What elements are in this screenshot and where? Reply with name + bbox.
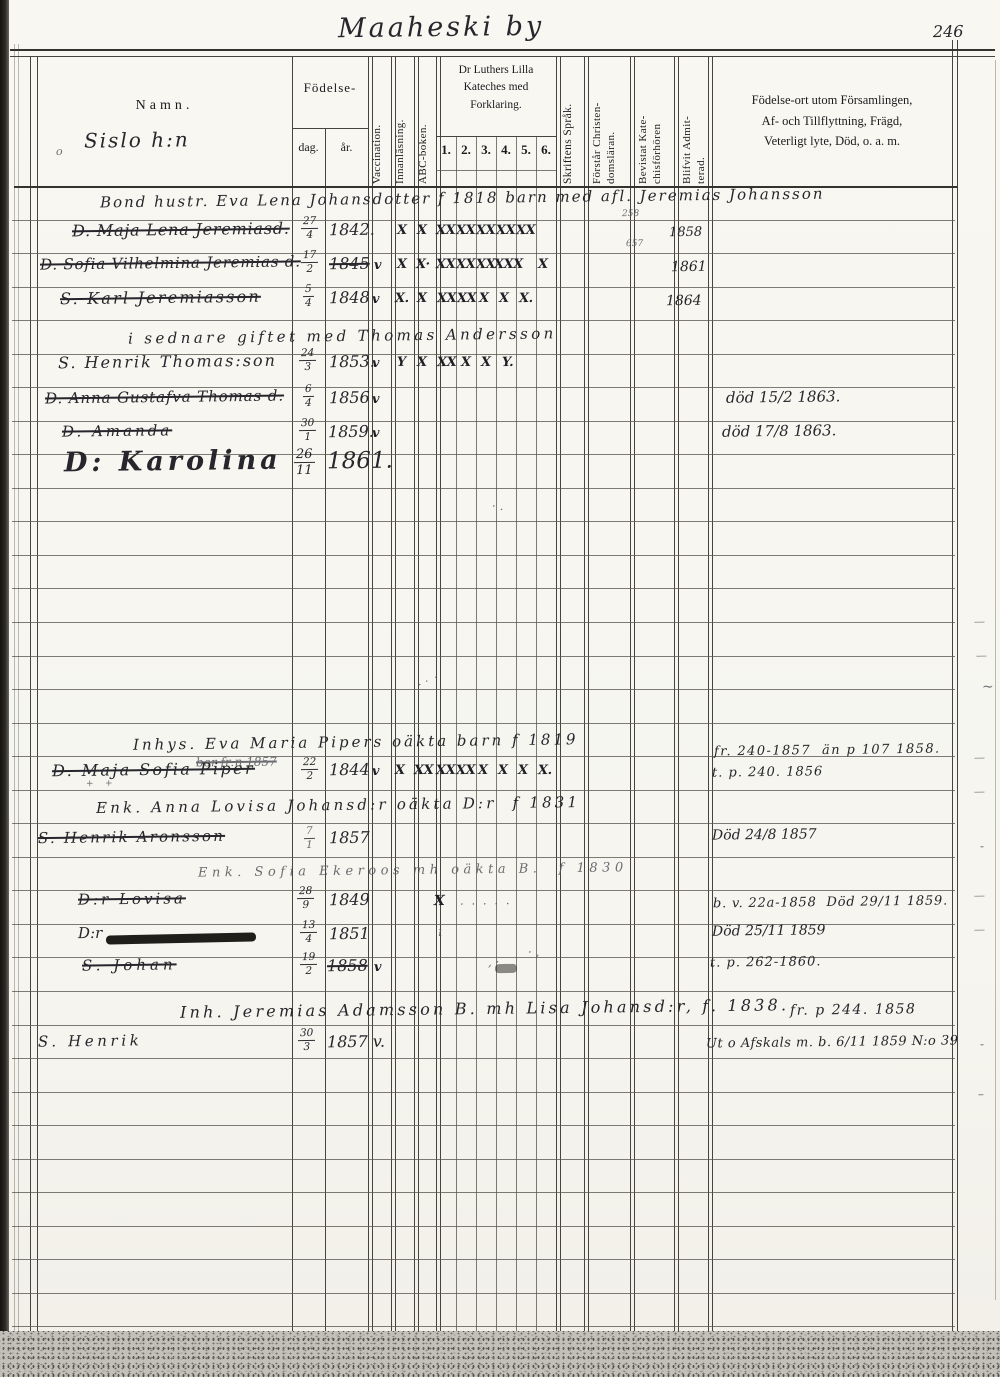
rule-vertical — [368, 56, 369, 1332]
col-header-ar: år. — [325, 140, 368, 155]
handwritten-entry: X — [499, 292, 509, 305]
rule-vertical — [414, 56, 415, 1332]
handwritten-entry: – — [978, 1088, 984, 1100]
handwritten-entry: D. Sofia Vilhelmina Jeremias d. — [40, 254, 301, 272]
handwritten-entry: Enk. Anna Lovisa Johansd:r oäkta D:r f 1… — [96, 795, 580, 816]
handwritten-entry: v — [372, 393, 379, 406]
handwritten-entry: X — [397, 258, 407, 271]
handwritten-entry: . · ˙ — [418, 676, 438, 687]
date-day: 13 — [300, 920, 318, 933]
handwritten-entry: S. Henrik — [38, 1033, 143, 1049]
handwritten-entry: X — [538, 258, 548, 271]
rule-horizontal — [12, 1293, 955, 1294]
handwritten-entry: D. Anna Gustafva Thomas d. — [45, 389, 284, 407]
rule-horizontal — [12, 656, 955, 657]
church-record-page: Namn. Födelse- dag. år. Vaccination. Inn… — [0, 0, 1000, 1377]
handwritten-entry: XX — [516, 224, 535, 237]
handwritten-entry: t. p. 240. 1856 — [712, 765, 823, 779]
date-month: 1 — [304, 430, 311, 442]
handwritten-entry: XX — [456, 224, 475, 237]
rule-horizontal — [10, 49, 995, 51]
handwritten-entry: XX — [437, 292, 456, 305]
handwritten-entry: 1842. — [329, 222, 375, 239]
date-day: 26 — [294, 448, 315, 463]
rule-vertical — [18, 44, 19, 1332]
handwritten-entry: 1857 v. — [327, 1034, 385, 1051]
rule-vertical — [14, 44, 15, 1332]
rule-vertical — [588, 56, 589, 1332]
rule-horizontal — [12, 555, 955, 556]
handwritten-entry: v — [374, 259, 381, 272]
handwritten-entry: Ut o Afskals m. b. 6/11 1859 N:o 39 — [706, 1034, 959, 1050]
handwritten-entry: X — [434, 894, 445, 908]
handwritten-entry: död 17/8 1863. — [722, 423, 837, 439]
handwritten-entry: 1858 — [669, 226, 702, 239]
date-day: 19 — [300, 952, 318, 965]
handwritten-date-fraction: 134 — [300, 920, 318, 944]
rule-vertical — [372, 56, 373, 1332]
katekes-subcol-3: 3. — [478, 142, 494, 158]
rule-vertical — [957, 40, 958, 1332]
rule-horizontal — [12, 857, 955, 858]
handwritten-entry: 1848 — [329, 290, 370, 306]
rule-vertical — [436, 56, 437, 1332]
handwritten-entry: 1859. — [328, 424, 374, 441]
handwritten-entry: 1845 — [329, 256, 370, 272]
date-month: 2 — [306, 769, 313, 781]
handwritten-entry: XX — [457, 292, 476, 305]
handwritten-entry: X — [461, 356, 471, 369]
date-day: 7 — [304, 826, 315, 839]
handwritten-entry: ı — [438, 926, 442, 939]
handwritten-entry: 1858 — [327, 958, 368, 974]
date-month: 4 — [305, 932, 312, 944]
rule-horizontal — [12, 622, 955, 623]
rule-horizontal — [12, 1159, 955, 1160]
handwritten-entry: fr. 240-1857 än p 107 1858. — [714, 743, 941, 759]
handwritten-entry: XX — [436, 764, 455, 777]
handwritten-entry: XX — [437, 356, 456, 369]
rule-horizontal — [12, 689, 955, 690]
rule-horizontal — [12, 488, 955, 489]
handwritten-entry: XX — [456, 258, 475, 271]
rule-horizontal — [12, 823, 955, 824]
rule-vertical — [292, 56, 293, 1332]
date-day: 6 — [303, 384, 314, 397]
rule-horizontal — [436, 136, 556, 137]
handwritten-entry: v — [372, 357, 379, 370]
handwritten-entry: v — [372, 765, 379, 778]
date-month: 11 — [296, 463, 313, 477]
handwritten-entry: X — [417, 356, 427, 369]
handwritten-entry: D. Maja Lena Jeremiasd. — [72, 221, 290, 240]
handwritten-date-fraction: 192 — [300, 952, 318, 976]
date-day: 30 — [298, 1028, 316, 1041]
handwritten-entry: 1844 — [329, 762, 370, 778]
handwritten-entry: X. — [519, 292, 533, 305]
handwritten-entry: S. Henrik Aronsson — [38, 829, 225, 846]
handwritten-entry: t. p. 262-1860. — [710, 955, 822, 969]
handwritten-entry: 657 — [626, 240, 643, 249]
rule-vertical — [395, 56, 396, 1332]
handwritten-entry: 1851 — [329, 926, 370, 942]
rule-horizontal — [12, 1259, 955, 1260]
rule-horizontal — [12, 588, 955, 589]
rule-horizontal — [12, 1025, 955, 1026]
col-header-katekes: Dr Luthers Lilla Kateches med Forklaring… — [438, 62, 554, 114]
handwritten-entry: 1849 — [329, 892, 370, 908]
handwritten-entry: Y — [397, 356, 406, 369]
handwritten-entry: 1861 — [671, 260, 707, 274]
handwritten-entry: 1856 — [329, 390, 370, 406]
handwritten-entry: Maaheski by — [338, 13, 545, 43]
rule-horizontal — [12, 320, 955, 321]
handwritten-entry: — — [976, 650, 987, 661]
handwritten-entry: fr. p 244. 1858 — [790, 1002, 917, 1018]
handwritten-entry: D: Karolina — [64, 447, 282, 477]
rule-vertical — [440, 56, 441, 1332]
handwritten-entry: XX — [414, 764, 433, 777]
rule-horizontal — [12, 1125, 955, 1126]
handwritten-entry: S. Karl Jeremiasson — [60, 289, 261, 307]
handwritten-date-fraction: 303 — [298, 1028, 316, 1052]
handwritten-entry: död 15/2 1863. — [726, 389, 841, 405]
rule-vertical — [708, 56, 709, 1332]
handwritten-entry: XX — [496, 224, 515, 237]
handwritten-entry: 1861. — [327, 450, 393, 474]
ink-blot — [495, 964, 517, 973]
katekes-subcol-4: 4. — [498, 142, 514, 158]
handwritten-date-fraction: 54 — [303, 284, 314, 308]
handwritten-entry: 1864 — [666, 294, 702, 308]
handwritten-entry: · · · · · — [460, 898, 510, 911]
col-header-blifvit-line2: terad. — [695, 62, 707, 184]
rule-horizontal — [436, 170, 556, 171]
date-month: 2 — [305, 964, 312, 976]
handwritten-entry: S. Henrik Thomas:son — [58, 353, 277, 372]
rule-horizontal — [12, 1326, 955, 1327]
date-month: 4 — [306, 228, 313, 240]
rule-horizontal — [12, 1226, 955, 1227]
col-header-blifvit-line1: Blifvit Admit- — [681, 62, 693, 184]
handwritten-entry: X — [417, 224, 427, 237]
rule-horizontal — [12, 790, 955, 791]
rule-vertical — [418, 56, 419, 1332]
handwritten-entry: b. v. 22a-1858 Död 29/11 1859. — [713, 895, 948, 911]
date-month: 3 — [304, 360, 311, 372]
handwritten-date-fraction: 71 — [304, 826, 315, 850]
rule-vertical — [952, 40, 953, 1332]
handwritten-entry: X· — [416, 258, 430, 271]
handwritten-entry: Enk. Sofia Ekeroos mh oäkta B. f 1830 — [198, 861, 628, 879]
handwritten-date-fraction: 243 — [299, 348, 317, 372]
handwritten-entry: X — [481, 356, 491, 369]
rule-horizontal — [12, 1192, 955, 1193]
handwritten-entry: - — [980, 1038, 984, 1050]
rule-vertical — [678, 56, 679, 1332]
date-day: 28 — [297, 886, 315, 899]
handwritten-date-fraction: 274 — [301, 216, 319, 240]
katekes-subcol-6: 6. — [538, 142, 554, 158]
page-binding-edge — [0, 0, 9, 1377]
handwritten-entry: D. Maja Sofia Piper — [52, 761, 255, 779]
handwritten-entry: X — [479, 292, 489, 305]
katekes-subcol-5: 5. — [518, 142, 534, 158]
handwritten-entry: ~ — [982, 680, 994, 694]
date-month: 1 — [306, 838, 313, 850]
date-day: 17 — [301, 250, 319, 263]
scan-noise-band — [0, 1331, 1000, 1377]
handwritten-entry: Död 24/8 1857 — [712, 827, 817, 842]
col-header-namn: Namn. — [37, 98, 292, 114]
handwritten-entry: X. — [395, 292, 409, 305]
rule-vertical — [391, 56, 392, 1332]
handwritten-entry: 1857 — [329, 830, 370, 846]
handwritten-entry: Bond hustr. Eva Lena Johansdotter f 1818… — [100, 187, 825, 211]
col-header-forstar-line2: domsläran. — [605, 62, 617, 184]
handwritten-date-fraction: 301 — [299, 418, 317, 442]
handwritten-entry: XX — [476, 258, 495, 271]
handwritten-date-fraction: 289 — [297, 886, 315, 910]
date-day: 27 — [301, 216, 319, 229]
date-day: 22 — [301, 757, 319, 770]
handwritten-entry: + + — [86, 780, 113, 789]
col-header-notes-line2: Af- och Tillflyttning, Frägd, — [712, 111, 952, 132]
col-header-dag: dag. — [292, 140, 325, 155]
handwritten-entry: v — [372, 427, 379, 440]
handwritten-date-fraction: 172 — [301, 250, 319, 274]
handwritten-entry: · , — [528, 946, 540, 958]
handwritten-entry: — — [974, 786, 985, 797]
rule-vertical — [712, 56, 713, 1332]
handwritten-entry: S. Johan — [82, 957, 177, 973]
handwritten-entry: D:r — [78, 926, 102, 941]
rule-vertical — [30, 56, 31, 1332]
date-month: 4 — [305, 296, 312, 308]
col-header-bevistat-line1: Bevistat Kate- — [637, 62, 649, 184]
date-month: 3 — [303, 1040, 310, 1052]
col-header-bevistat-line2: chisförhören — [651, 62, 663, 184]
date-month: 4 — [305, 396, 312, 408]
date-month: 2 — [306, 262, 313, 274]
handwritten-entry: v — [372, 293, 379, 306]
handwritten-entry: Inhys. Eva Maria Pipers oäkta barn f 181… — [133, 732, 579, 752]
handwritten-entry: Sislo h:n — [84, 129, 190, 150]
handwritten-entry: v — [374, 961, 381, 974]
rule-horizontal — [12, 723, 955, 724]
handwritten-date-fraction: 2611 — [294, 448, 315, 477]
handwritten-entry: Död 25/11 1859 — [712, 923, 826, 938]
ink-blot — [106, 932, 256, 944]
handwritten-entry: i sednare giftet med Thomas Andersson — [128, 326, 557, 346]
col-header-forstar-line1: Förstår Christen- — [591, 62, 603, 184]
rule-horizontal — [12, 991, 955, 992]
rule-horizontal — [12, 1092, 955, 1093]
handwritten-entry: XX — [436, 258, 455, 271]
handwritten-entry: X — [478, 764, 488, 777]
handwritten-entry: X. — [538, 764, 552, 777]
rule-vertical — [37, 56, 38, 1332]
col-header-fodelse: Födelse- — [292, 80, 368, 96]
handwritten-entry: XX — [476, 224, 495, 237]
handwritten-date-fraction: 222 — [301, 757, 319, 781]
handwritten-entry: - — [980, 840, 984, 852]
rule-horizontal — [10, 56, 995, 57]
handwritten-entry: X — [395, 764, 405, 777]
rule-horizontal — [292, 128, 368, 129]
handwritten-entry: Y. — [502, 356, 513, 369]
handwritten-entry: 258 — [622, 210, 639, 219]
handwritten-entry: Inh. Jeremias Adamsson B. mh Lisa Johans… — [180, 997, 789, 1020]
col-header-notes-line3: Veterligt lyte, Död, o. a. m. — [712, 131, 952, 152]
handwritten-entry: X — [498, 764, 508, 777]
handwritten-entry: D. Amanda — [62, 423, 172, 439]
rule-vertical — [584, 56, 585, 1332]
rule-vertical — [556, 56, 557, 1332]
date-month: 9 — [302, 898, 309, 910]
col-header-notes-line1: Födelse-ort utom Församlingen, — [712, 90, 952, 111]
handwritten-entry: X — [518, 764, 528, 777]
handwritten-entry: D:r Lovisa — [78, 891, 186, 907]
rule-vertical — [674, 56, 675, 1332]
handwritten-entry: · . — [492, 500, 504, 512]
katekes-subcol-2: 2. — [458, 142, 474, 158]
rule-vertical — [995, 60, 996, 1300]
handwritten-entry: XX — [436, 224, 455, 237]
handwritten-entry: XXX — [494, 258, 523, 271]
rule-vertical — [325, 128, 326, 1332]
handwritten-entry: — — [974, 752, 985, 763]
date-day: 24 — [299, 348, 317, 361]
col-header-skriftens-sprak: Skriftens Språk. — [562, 62, 574, 184]
handwritten-entry: — — [974, 924, 985, 935]
rule-horizontal — [12, 1058, 955, 1059]
handwritten-entry: — — [974, 890, 985, 901]
rule-horizontal — [12, 521, 955, 522]
handwritten-entry: 246 — [933, 24, 964, 40]
handwritten-entry: 1853. — [329, 354, 375, 371]
handwritten-entry: — — [974, 616, 985, 627]
handwritten-entry: X — [397, 224, 407, 237]
date-day: 5 — [303, 284, 314, 297]
rule-vertical — [560, 56, 561, 1332]
date-day: 30 — [299, 418, 317, 431]
handwritten-entry: XX — [456, 764, 475, 777]
handwritten-entry: X — [417, 292, 427, 305]
handwritten-entry: o — [56, 146, 63, 157]
handwritten-date-fraction: 64 — [303, 384, 314, 408]
